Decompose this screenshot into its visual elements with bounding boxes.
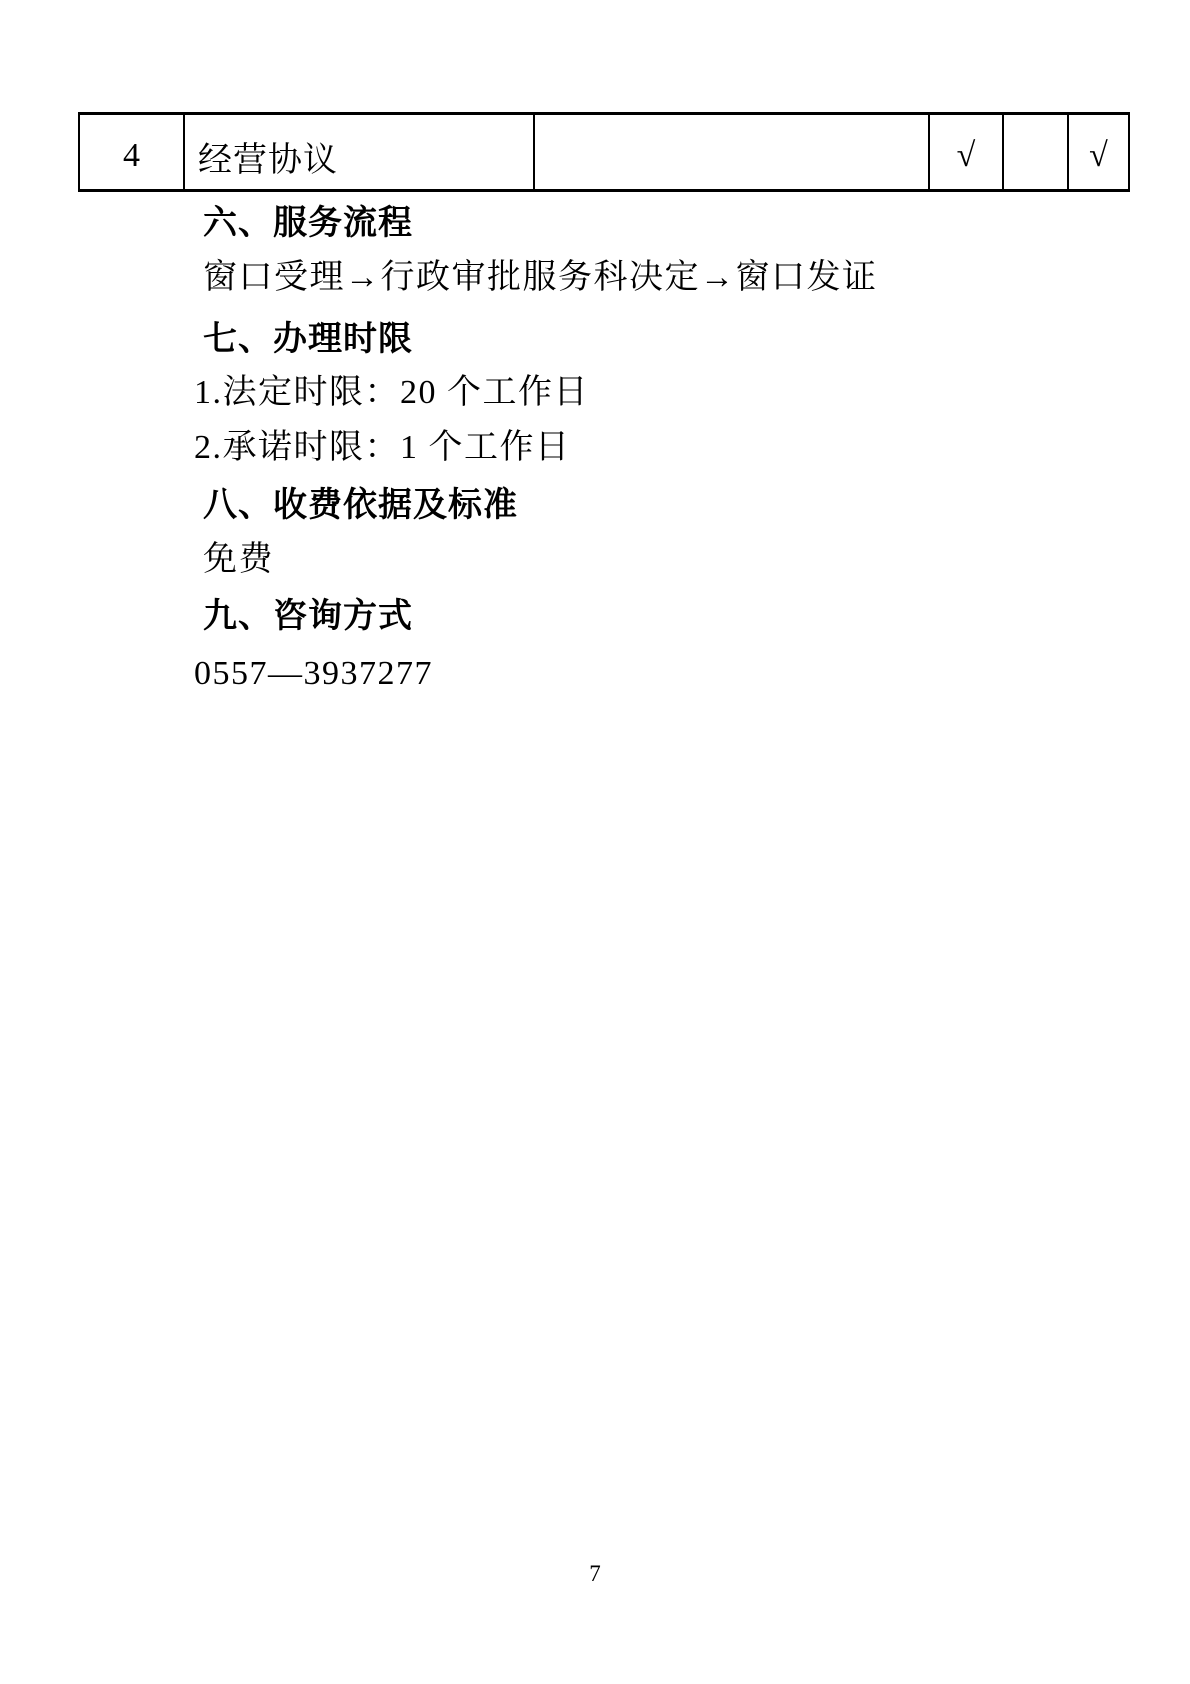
table-cell-material-name: 经营协议 — [184, 114, 534, 191]
table-cell-blank-wide — [534, 114, 929, 191]
section-7-item-2: 2.承诺时限：1 个工作日 — [194, 431, 571, 465]
document-page: 4 经营协议 √ √ 六、服务流程 窗口受理→行政审批服务科决定→窗口发证 七、… — [0, 0, 1190, 1684]
section-6-body: 窗口受理→行政审批服务科决定→窗口发证 — [203, 261, 878, 295]
table-cell-copy-check: √ — [1068, 114, 1129, 191]
section-9-heading: 九、咨询方式 — [203, 599, 413, 633]
table-row: 4 经营协议 √ √ — [79, 114, 1129, 191]
section-8-body: 免费 — [203, 543, 274, 577]
table-cell-original-check: √ — [929, 114, 1003, 191]
section-6-heading: 六、服务流程 — [203, 206, 413, 240]
page-number: 7 — [0, 1561, 1190, 1587]
section-8-heading: 八、收费依据及标准 — [203, 488, 518, 522]
section-7-item-1: 1.法定时限：20 个工作日 — [194, 376, 589, 410]
materials-table: 4 经营协议 √ √ — [78, 112, 1130, 192]
section-7-heading: 七、办理时限 — [203, 322, 413, 356]
section-9-body-phone: 0557—3937277 — [194, 657, 433, 691]
table-cell-blank-mid — [1003, 114, 1068, 191]
table-cell-row-index: 4 — [79, 114, 184, 191]
